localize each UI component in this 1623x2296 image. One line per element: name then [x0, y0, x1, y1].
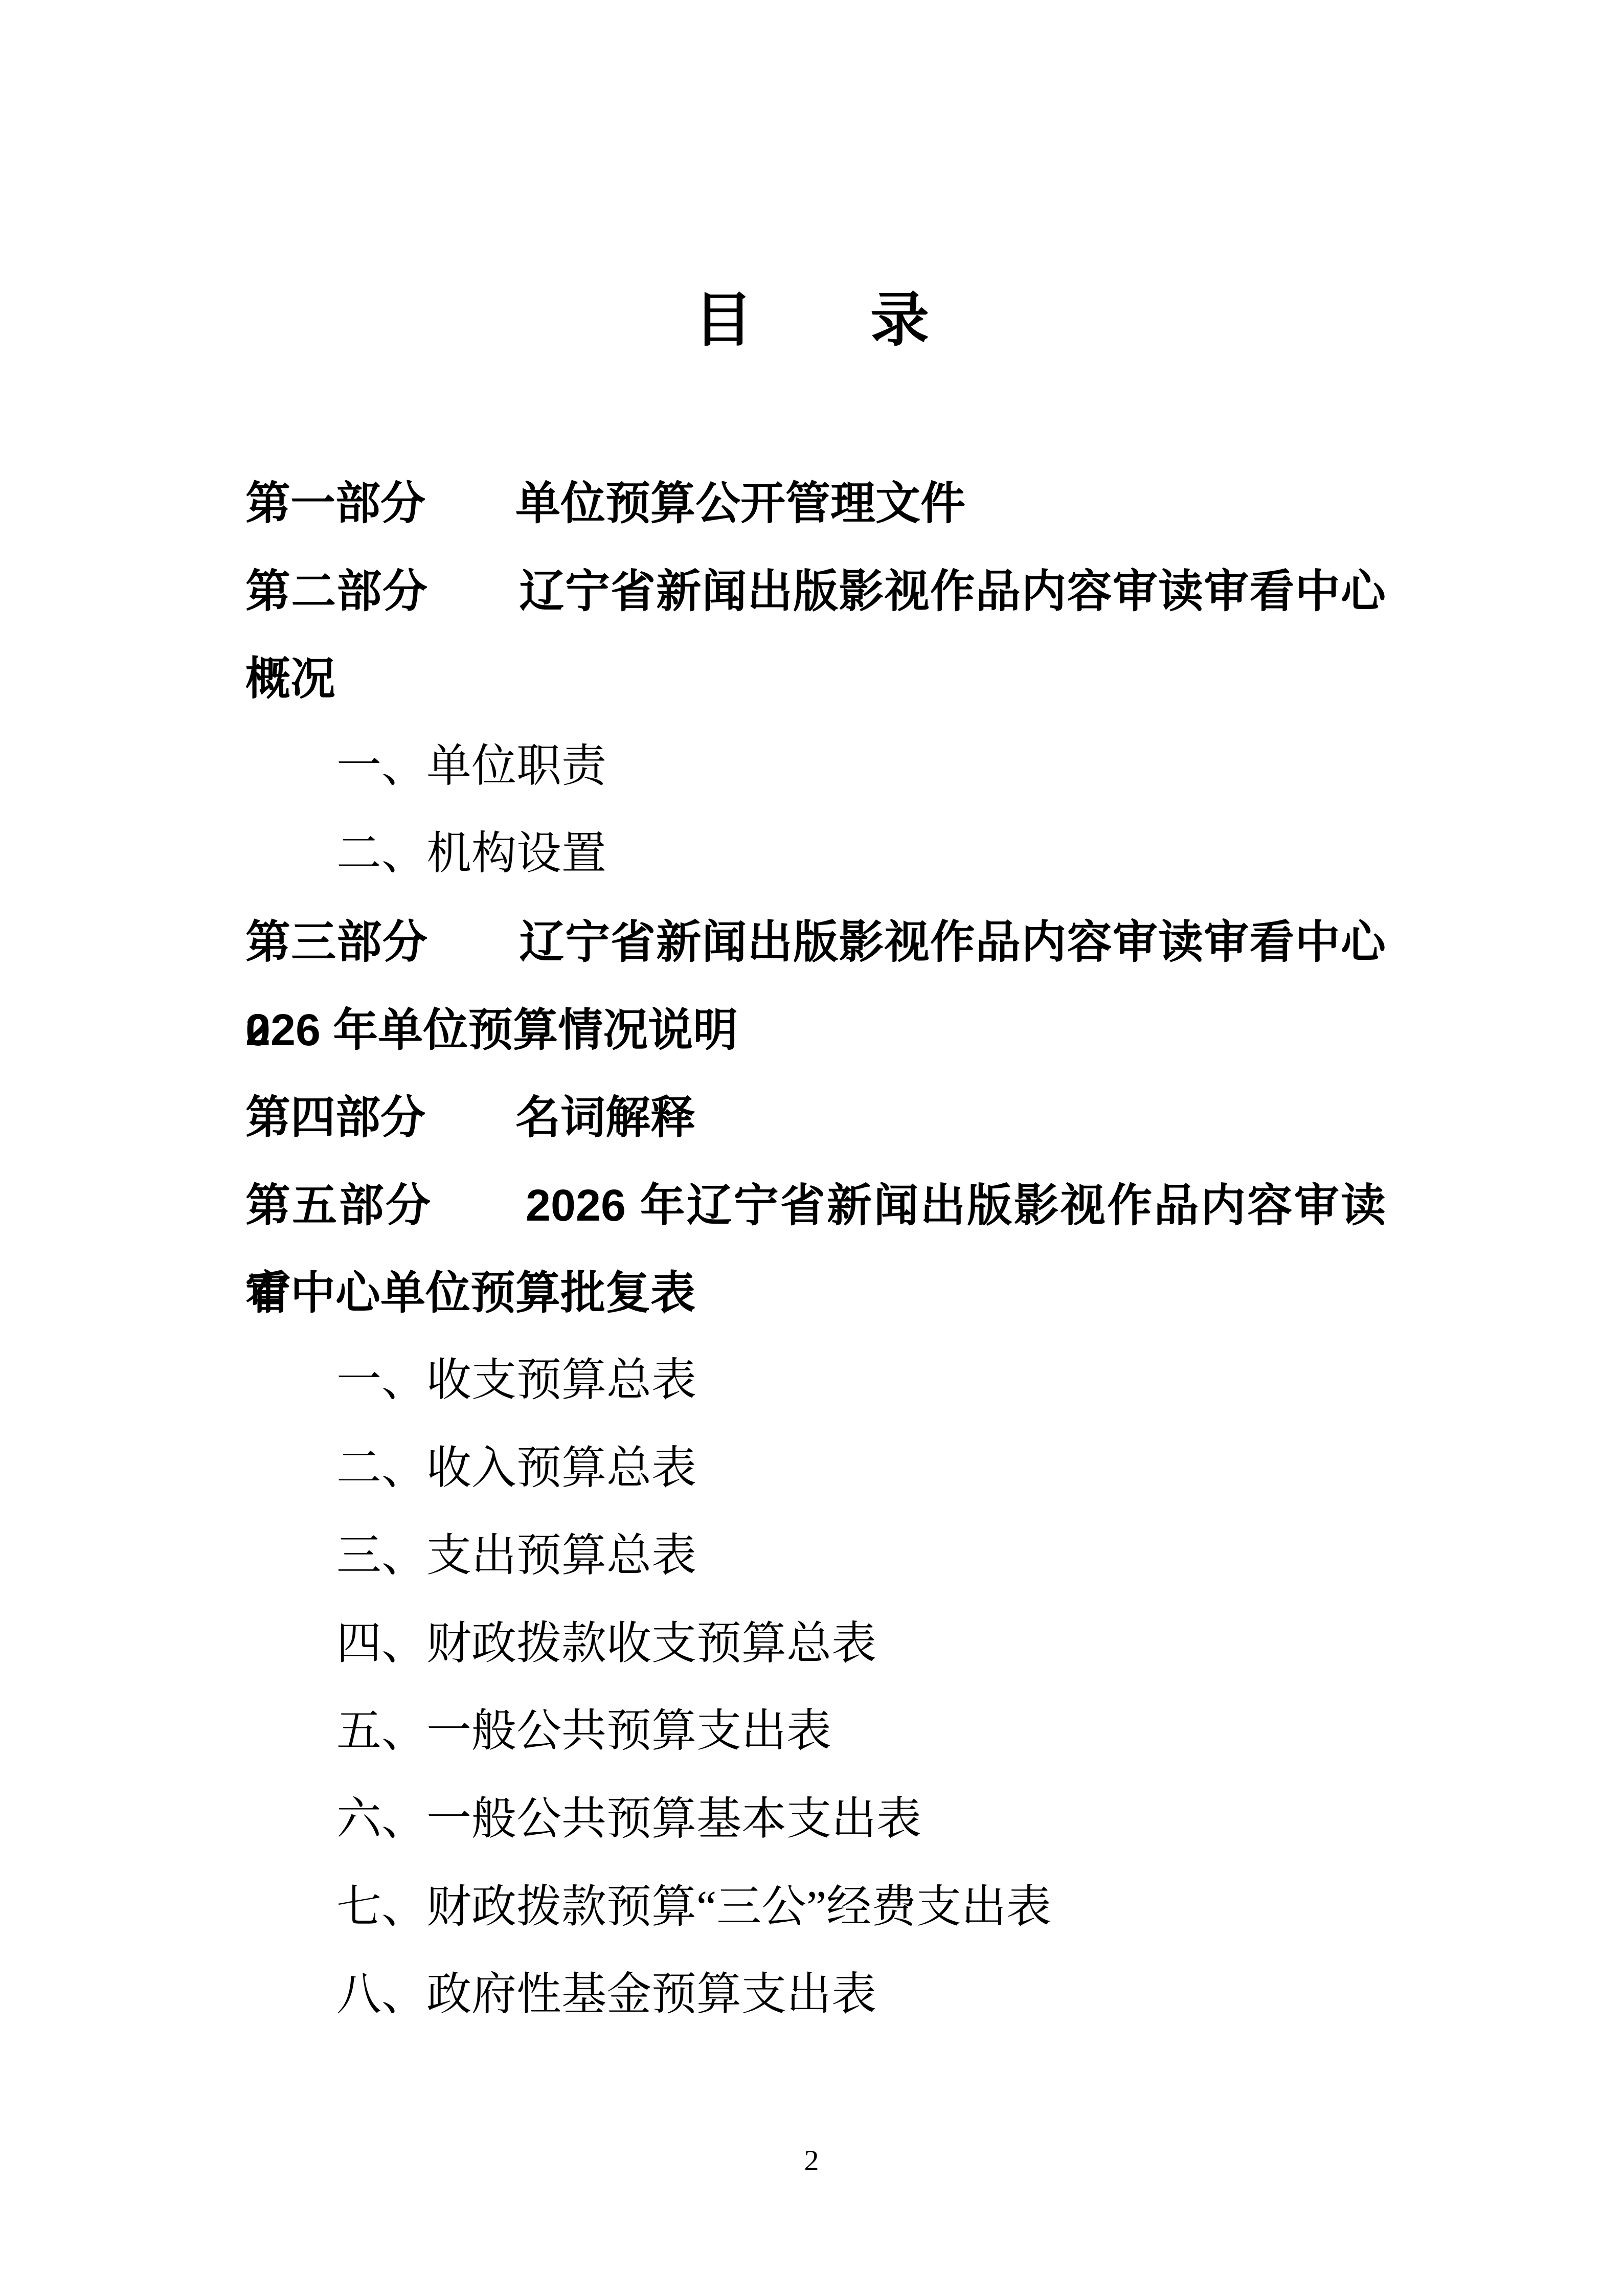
table-of-contents: 第一部分 单位预算公开管理文件 第二部分 辽宁省新闻出版影视作品内容审读审看中心… [245, 459, 1386, 2039]
toc-item-unit-duties: 一、单位职责 [245, 723, 1386, 811]
toc-section-part3: 第三部分 辽宁省新闻出版影视作品内容审读审看中心 2 [245, 898, 1386, 986]
toc-item-gov-fund-budget: 八、政府性基金预算支出表 [245, 1951, 1386, 2039]
toc-section-part1: 第一部分 单位预算公开管理文件 [245, 459, 1386, 547]
page-title: 目 录 [0, 282, 1623, 359]
toc-item-budget-summary: 一、收支预算总表 [245, 1337, 1386, 1425]
toc-item-org-structure: 二、机构设置 [245, 810, 1386, 898]
toc-section-part2-continued: 概况 [245, 635, 1386, 723]
toc-section-part4: 第四部分 名词解释 [245, 1073, 1386, 1161]
toc-item-expense-summary: 三、支出预算总表 [245, 1512, 1386, 1600]
toc-item-public-budget-basic: 六、一般公共预算基本支出表 [245, 1775, 1386, 1863]
toc-item-three-public-funds: 七、财政拨款预算“三公”经费支出表 [245, 1863, 1386, 1951]
toc-section-part5-continued: 看中心单位预算批复表 [245, 1249, 1386, 1337]
toc-section-part2: 第二部分 辽宁省新闻出版影视作品内容审读审看中心 [245, 547, 1386, 635]
toc-item-income-summary: 二、收入预算总表 [245, 1425, 1386, 1513]
document-page: 目 录 第一部分 单位预算公开管理文件 第二部分 辽宁省新闻出版影视作品内容审读… [0, 0, 1623, 2296]
toc-item-public-budget: 五、一般公共预算支出表 [245, 1687, 1386, 1775]
toc-section-part3-continued: 026 年单位预算情况说明 [245, 986, 1386, 1074]
toc-item-fiscal-allocation: 四、财政拨款收支预算总表 [245, 1600, 1386, 1688]
page-number: 2 [0, 2137, 1623, 2184]
toc-section-part5: 第五部分 2026 年辽宁省新闻出版影视作品内容审读审 [245, 1161, 1386, 1249]
